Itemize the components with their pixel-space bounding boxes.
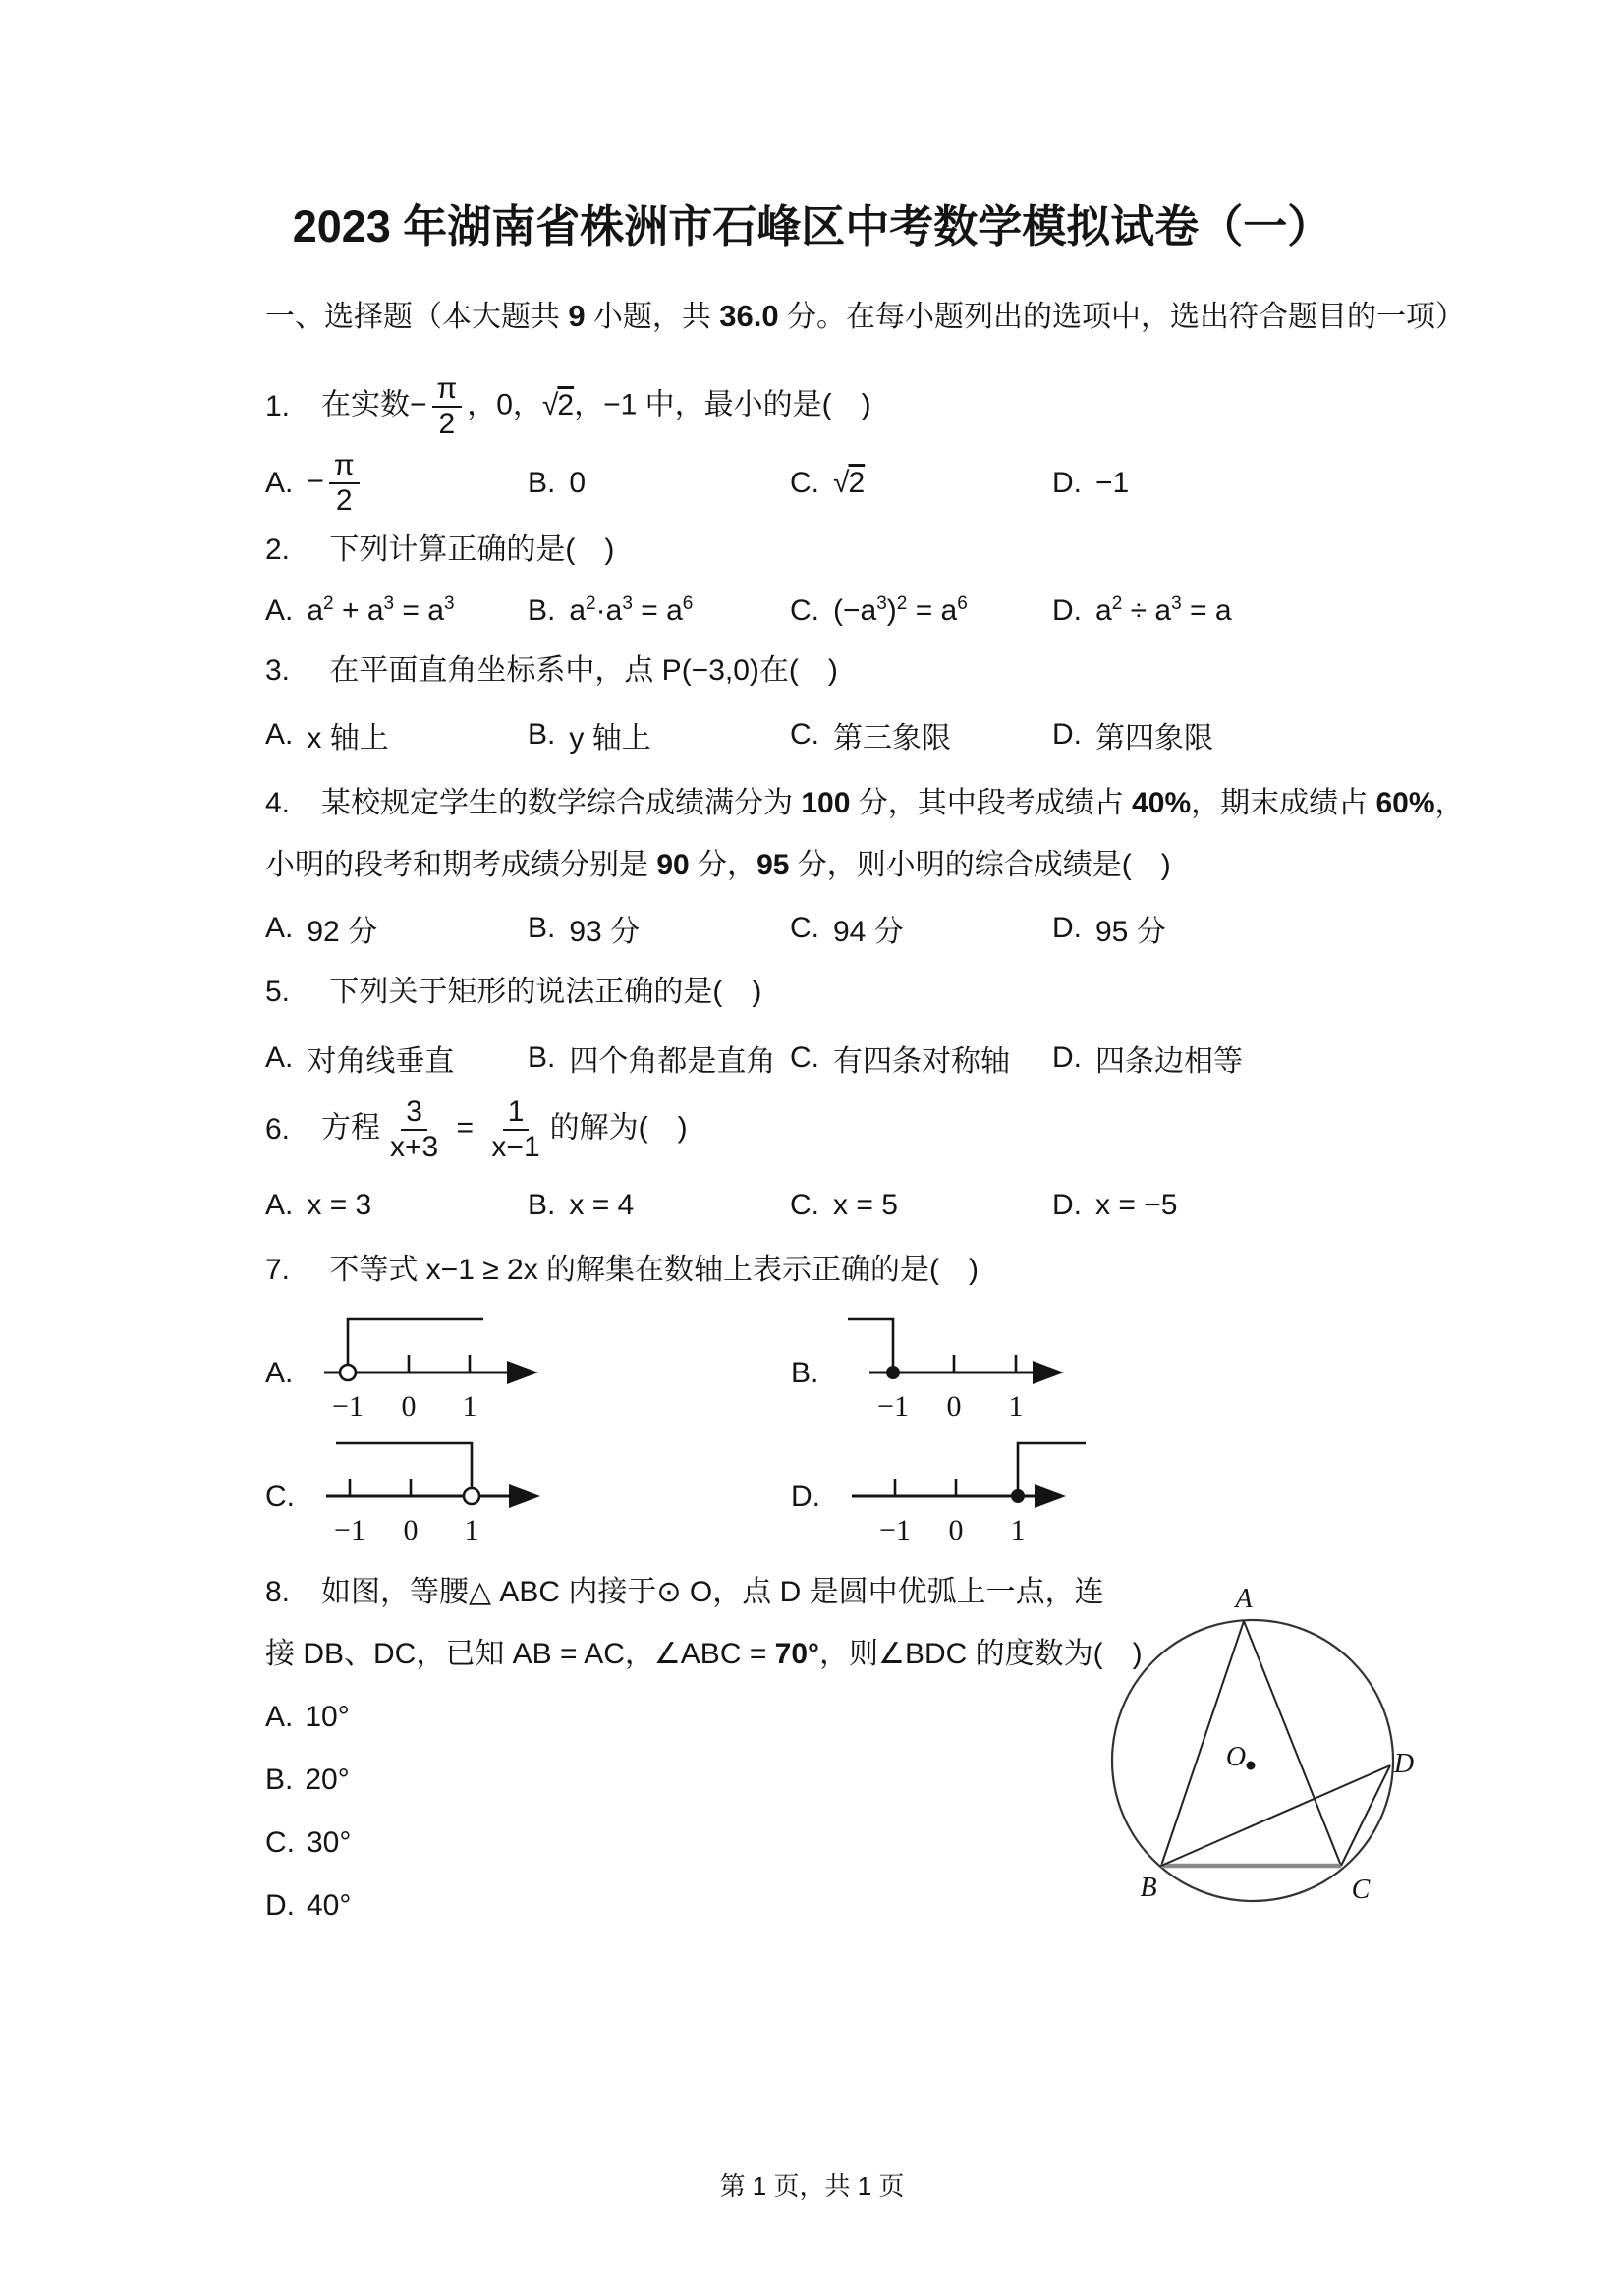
option-text: −1 bbox=[1095, 467, 1129, 500]
option-label: C. bbox=[790, 467, 819, 500]
option-text: −π2 bbox=[307, 449, 364, 517]
option-label: D. bbox=[1052, 912, 1082, 945]
label-A: A bbox=[1233, 1584, 1253, 1614]
option-text: 第三象限 bbox=[833, 713, 951, 756]
tick-label: 1 bbox=[1009, 1390, 1024, 1423]
question-3-options: A.x 轴上 B.y 轴上 C.第三象限 D.第四象限 bbox=[265, 698, 1454, 772]
option-label: D. bbox=[1052, 1189, 1082, 1222]
option-label: A. bbox=[265, 1357, 293, 1390]
option-label: C. bbox=[790, 1189, 819, 1222]
section-heading: 一、选择题（本大题共 9 小题，共 36.0 分。在每小题列出的选项中，选出符合… bbox=[265, 295, 1533, 339]
option-a: A.x 轴上 bbox=[265, 698, 389, 772]
option-text: 第四象限 bbox=[1095, 713, 1213, 756]
question-8-text: 如图，等腰△ ABC 内接于⊙ O，点 D 是圆中优弧上一点，连 bbox=[321, 1576, 1104, 1608]
page-footer: 第 1 页，共 1 页 bbox=[0, 2164, 1624, 2208]
question-7-stem: 7. 不等式 x−1 ≥ 2x 的解集在数轴上表示正确的是( ) bbox=[265, 1249, 1454, 1292]
option-d: D.a2 ÷ a3 = a bbox=[1052, 574, 1232, 648]
option-b: B.y 轴上 bbox=[528, 698, 651, 772]
option-label: A. bbox=[265, 1189, 293, 1222]
question-1-stem: 1. 在实数−π2，0，√2，−1 中，最小的是( ) bbox=[265, 362, 1454, 452]
option-c: C.(−a3)2 = a6 bbox=[790, 574, 968, 648]
option-text: a2·a3 = a6 bbox=[569, 594, 693, 628]
question-1-number: 1. bbox=[265, 385, 321, 428]
option-text: x = 4 bbox=[569, 1189, 634, 1222]
option-label: A. bbox=[265, 912, 293, 945]
option-label: A. bbox=[265, 1041, 293, 1075]
question-4-options: A.92 分 B.93 分 C.94 分 D.95 分 bbox=[265, 891, 1454, 966]
option-b: B.a2·a3 = a6 bbox=[528, 574, 693, 648]
option-text: 93 分 bbox=[569, 907, 640, 950]
option-d: D.−1 bbox=[1052, 446, 1129, 521]
option-text: 92 分 bbox=[307, 907, 377, 950]
question-1-options: A.−π2 B.0 C.√2 D.−1 bbox=[265, 446, 1454, 521]
option-text: 对角线垂直 bbox=[307, 1036, 454, 1080]
option-text: a2 + a3 = a3 bbox=[307, 594, 454, 628]
option-label: A. bbox=[265, 1701, 293, 1733]
option-text: x = 3 bbox=[307, 1189, 371, 1222]
option-text: (−a3)2 = a6 bbox=[833, 594, 968, 628]
option-label: B. bbox=[528, 467, 555, 500]
label-O: O bbox=[1226, 1742, 1246, 1772]
option-a: A.−π2 bbox=[265, 446, 364, 521]
numberline-solid-dot-1-ray-right: −1 0 1 bbox=[846, 1433, 1092, 1561]
option-text: x = −5 bbox=[1095, 1189, 1177, 1222]
option-b: B.0 bbox=[528, 446, 586, 521]
option-c: C.94 分 bbox=[790, 891, 904, 966]
question-5-stem: 5. 下列关于矩形的说法正确的是( ) bbox=[265, 971, 1454, 1014]
option-label: B. bbox=[265, 1764, 293, 1796]
page-title: 2023 年湖南省株洲市石峰区中考数学模拟试卷（一） bbox=[0, 200, 1624, 253]
circle-geometry-figure: A B C D O bbox=[1081, 1542, 1454, 1975]
question-8-text-line1: 8.如图，等腰△ ABC 内接于⊙ O，点 D 是圆中优弧上一点，连 bbox=[265, 1561, 1189, 1623]
option-label: C. bbox=[265, 1826, 295, 1859]
option-label: B. bbox=[528, 594, 555, 628]
section-text: 一、选择题（本大题共 bbox=[265, 301, 568, 333]
segment-AC bbox=[1244, 1621, 1341, 1866]
question-8-text-line2: 接 DB、DC，已知 AB = AC，∠ABC = 70°，则∠BDC 的度数为… bbox=[265, 1623, 1189, 1685]
question-6-number: 6. bbox=[265, 1108, 321, 1151]
question-7-text: 不等式 x−1 ≥ 2x 的解集在数轴上表示正确的是( ) bbox=[329, 1254, 979, 1286]
question-5-text: 下列关于矩形的说法正确的是( ) bbox=[329, 976, 761, 1008]
option-d: D.95 分 bbox=[1052, 891, 1166, 966]
option-text: 四条边相等 bbox=[1095, 1036, 1243, 1080]
question-6-options: A.x = 3 B.x = 4 C.x = 5 D.x = −5 bbox=[265, 1168, 1454, 1243]
option-label: C. bbox=[790, 912, 819, 945]
question-8-number: 8. bbox=[265, 1561, 321, 1623]
option-text: 30° bbox=[307, 1826, 351, 1859]
option-text: √2 bbox=[833, 467, 865, 500]
option-label: B. bbox=[528, 1189, 555, 1222]
option-d: D. −1 0 1 bbox=[791, 1433, 1092, 1561]
tick-label: −1 bbox=[877, 1390, 909, 1423]
question-3-stem: 3. 在平面直角坐标系中，点 P(−3,0)在( ) bbox=[265, 649, 1454, 693]
option-label: C. bbox=[790, 718, 819, 752]
option-d: D.x = −5 bbox=[1052, 1168, 1177, 1243]
tick-label: 1 bbox=[465, 1514, 479, 1546]
option-b: B.93 分 bbox=[528, 891, 640, 966]
label-B: B bbox=[1140, 1873, 1156, 1903]
question-4-number: 4. bbox=[265, 772, 321, 834]
option-label: B. bbox=[528, 718, 555, 752]
option-label: A. bbox=[265, 467, 293, 500]
option-d: D.40° bbox=[265, 1875, 351, 1937]
tick-label: 0 bbox=[402, 1390, 417, 1423]
option-b: B. −1 0 1 bbox=[791, 1310, 1090, 1437]
question-8-stem: 8.如图，等腰△ ABC 内接于⊙ O，点 D 是圆中优弧上一点，连 接 DB、… bbox=[265, 1561, 1189, 1685]
option-label: D. bbox=[1052, 467, 1082, 500]
question-4-stem: 4.某校规定学生的数学综合成绩满分为 100 分，其中段考成绩占 40%，期末成… bbox=[265, 772, 1454, 896]
option-c: C.30° bbox=[265, 1812, 351, 1875]
option-text: 95 分 bbox=[1095, 907, 1166, 950]
option-text: y 轴上 bbox=[569, 713, 650, 756]
option-a: A. −1 0 1 bbox=[265, 1310, 564, 1437]
question-2-number: 2. bbox=[265, 529, 321, 572]
option-label: B. bbox=[528, 1041, 555, 1075]
option-c: C.√2 bbox=[790, 446, 865, 521]
option-a: A.92 分 bbox=[265, 891, 377, 966]
option-label: D. bbox=[1052, 1041, 1082, 1075]
tick-label: −1 bbox=[334, 1514, 365, 1546]
question-6-stem: 6. 方程3x+3 = 1x−1的解为( ) bbox=[265, 1085, 1454, 1175]
tick-label: −1 bbox=[879, 1514, 911, 1546]
option-label: A. bbox=[265, 718, 293, 752]
option-label: D. bbox=[791, 1481, 820, 1514]
segment-BD bbox=[1161, 1765, 1390, 1866]
option-text: 40° bbox=[307, 1889, 351, 1922]
option-label: C. bbox=[790, 594, 819, 628]
option-label: C. bbox=[265, 1481, 295, 1514]
section-count: 9 bbox=[568, 299, 585, 333]
option-text: 0 bbox=[569, 467, 586, 500]
option-text: 四个角都是直角 bbox=[569, 1036, 775, 1080]
option-c: C.x = 5 bbox=[790, 1168, 898, 1243]
option-text: 94 分 bbox=[833, 907, 904, 950]
option-label: B. bbox=[791, 1357, 818, 1390]
tick-label: 1 bbox=[1011, 1514, 1026, 1546]
numberline-open-circle-1-ray-left: −1 0 1 bbox=[320, 1433, 566, 1561]
question-6-text: 方程3x+3 = 1x−1的解为( ) bbox=[321, 1095, 688, 1163]
question-3-text: 在平面直角坐标系中，点 P(−3,0)在( ) bbox=[329, 654, 838, 687]
option-c: C. −1 0 1 bbox=[265, 1433, 566, 1561]
tick-label: 0 bbox=[404, 1514, 419, 1546]
option-text: 10° bbox=[305, 1701, 349, 1733]
tick-label: 0 bbox=[949, 1514, 964, 1546]
label-D: D bbox=[1393, 1749, 1414, 1779]
question-4-text-line1: 4.某校规定学生的数学综合成绩满分为 100 分，其中段考成绩占 40%，期末成… bbox=[265, 772, 1454, 834]
question-5-number: 5. bbox=[265, 971, 321, 1014]
question-4-text-line2: 小明的段考和期考成绩分别是 90 分，95 分，则小明的综合成绩是( ) bbox=[265, 834, 1454, 896]
option-label: B. bbox=[528, 912, 555, 945]
question-2-options: A.a2 + a3 = a3 B.a2·a3 = a6 C.(−a3)2 = a… bbox=[265, 574, 1454, 648]
option-b: B.x = 4 bbox=[528, 1168, 634, 1243]
option-b: B.20° bbox=[265, 1749, 351, 1812]
question-3-number: 3. bbox=[265, 649, 321, 693]
option-a: A.10° bbox=[265, 1686, 351, 1749]
option-c: C.第三象限 bbox=[790, 698, 951, 772]
option-label: A. bbox=[265, 594, 293, 628]
tick-label: −1 bbox=[332, 1390, 364, 1423]
question-4-text: 某校规定学生的数学综合成绩满分为 100 分，其中段考成绩占 40%，期末成绩占… bbox=[321, 787, 1465, 819]
option-a: A.a2 + a3 = a3 bbox=[265, 574, 455, 648]
question-8-options: A.10° B.20° C.30° D.40° bbox=[265, 1686, 351, 1937]
option-label: D. bbox=[265, 1889, 295, 1922]
option-text: x = 5 bbox=[833, 1189, 898, 1222]
numberline-solid-dot-minus1-ray-left: −1 0 1 bbox=[844, 1310, 1090, 1437]
section-text: 小题，共 bbox=[586, 301, 720, 333]
question-2-stem: 2. 下列计算正确的是( ) bbox=[265, 529, 1454, 572]
question-1-text: 在实数−π2，0，√2，−1 中，最小的是( ) bbox=[321, 372, 871, 440]
question-7-number: 7. bbox=[265, 1249, 321, 1292]
section-text: 分。在每小题列出的选项中，选出符合题目的一项） bbox=[779, 301, 1465, 333]
tick-label: 0 bbox=[947, 1390, 962, 1423]
tick-label: 1 bbox=[463, 1390, 477, 1423]
option-label: D. bbox=[1052, 594, 1082, 628]
option-label: D. bbox=[1052, 718, 1082, 752]
option-text: a2 ÷ a3 = a bbox=[1095, 594, 1232, 628]
question-7-options-row-1: A. −1 0 1 B. −1 0 1 bbox=[265, 1310, 1454, 1437]
option-text: 有四条对称轴 bbox=[833, 1036, 1010, 1080]
option-d: D.第四象限 bbox=[1052, 698, 1213, 772]
section-points: 36.0 bbox=[719, 299, 778, 333]
option-text: x 轴上 bbox=[307, 713, 388, 756]
question-2-text: 下列计算正确的是( ) bbox=[329, 533, 614, 566]
label-C: C bbox=[1352, 1875, 1371, 1905]
option-a: A.x = 3 bbox=[265, 1168, 371, 1243]
exam-page: { "page": { "title": "2023 年湖南省株洲市石峰区中考数… bbox=[0, 0, 1624, 2296]
option-text: 20° bbox=[305, 1764, 349, 1796]
numberline-open-circle-minus1-ray-right: −1 0 1 bbox=[318, 1310, 564, 1437]
center-point bbox=[1247, 1762, 1256, 1770]
option-label: C. bbox=[790, 1041, 819, 1075]
circle-outline bbox=[1112, 1620, 1393, 1901]
